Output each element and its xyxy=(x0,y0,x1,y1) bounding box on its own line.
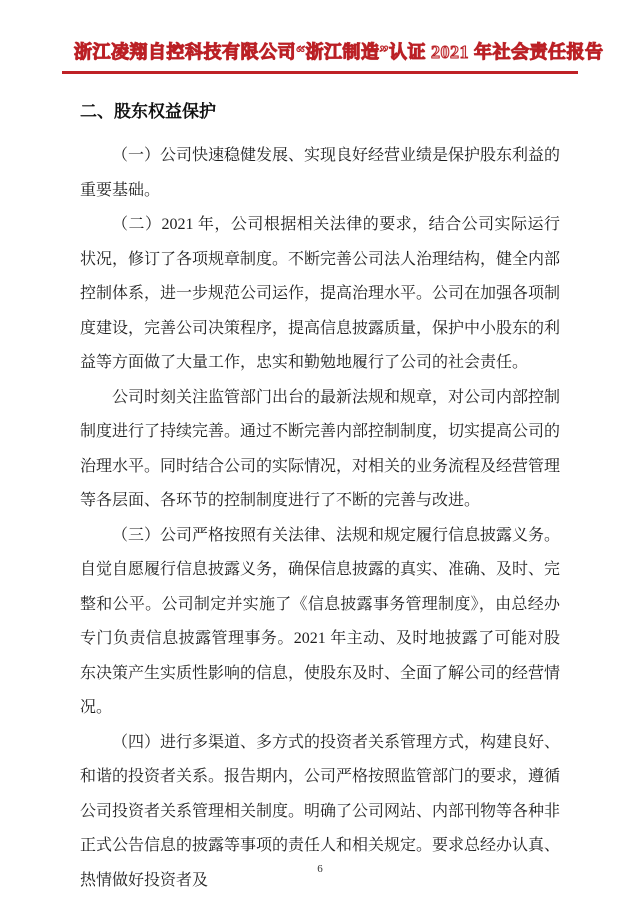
header-rule-divider xyxy=(62,71,578,74)
header-report-title: “浙江制造”认证 2021 年社会责任报告 xyxy=(296,38,604,64)
header-company-name: 浙江凌翔自控科技有限公司 xyxy=(74,38,296,64)
page-number: 6 xyxy=(317,863,323,875)
document-body: 二、股东权益保护 （一）公司快速稳健发展、实现良好经营业绩是保护股东利益的重要基… xyxy=(80,95,560,898)
paragraph: （三）公司严格按照有关法律、法规和规定履行信息披露义务。自觉自愿履行信息披露义务… xyxy=(80,519,560,726)
page-footer: 6 xyxy=(0,859,640,877)
page-header: 浙江凌翔自控科技有限公司 “浙江制造”认证 2021 年社会责任报告 xyxy=(62,0,578,74)
document-page: 浙江凌翔自控科技有限公司 “浙江制造”认证 2021 年社会责任报告 二、股东权… xyxy=(0,0,640,905)
paragraph: （二）2021 年，公司根据相关法律的要求，结合公司实际运行状况，修订了各项规章… xyxy=(80,208,560,381)
section-heading: 二、股东权益保护 xyxy=(80,95,560,129)
paragraph: 公司时刻关注监管部门出台的最新法规和规章，对公司内部控制制度进行了持续完善。通过… xyxy=(80,381,560,519)
paragraph: （一）公司快速稳健发展、实现良好经营业绩是保护股东利益的重要基础。 xyxy=(80,139,560,208)
